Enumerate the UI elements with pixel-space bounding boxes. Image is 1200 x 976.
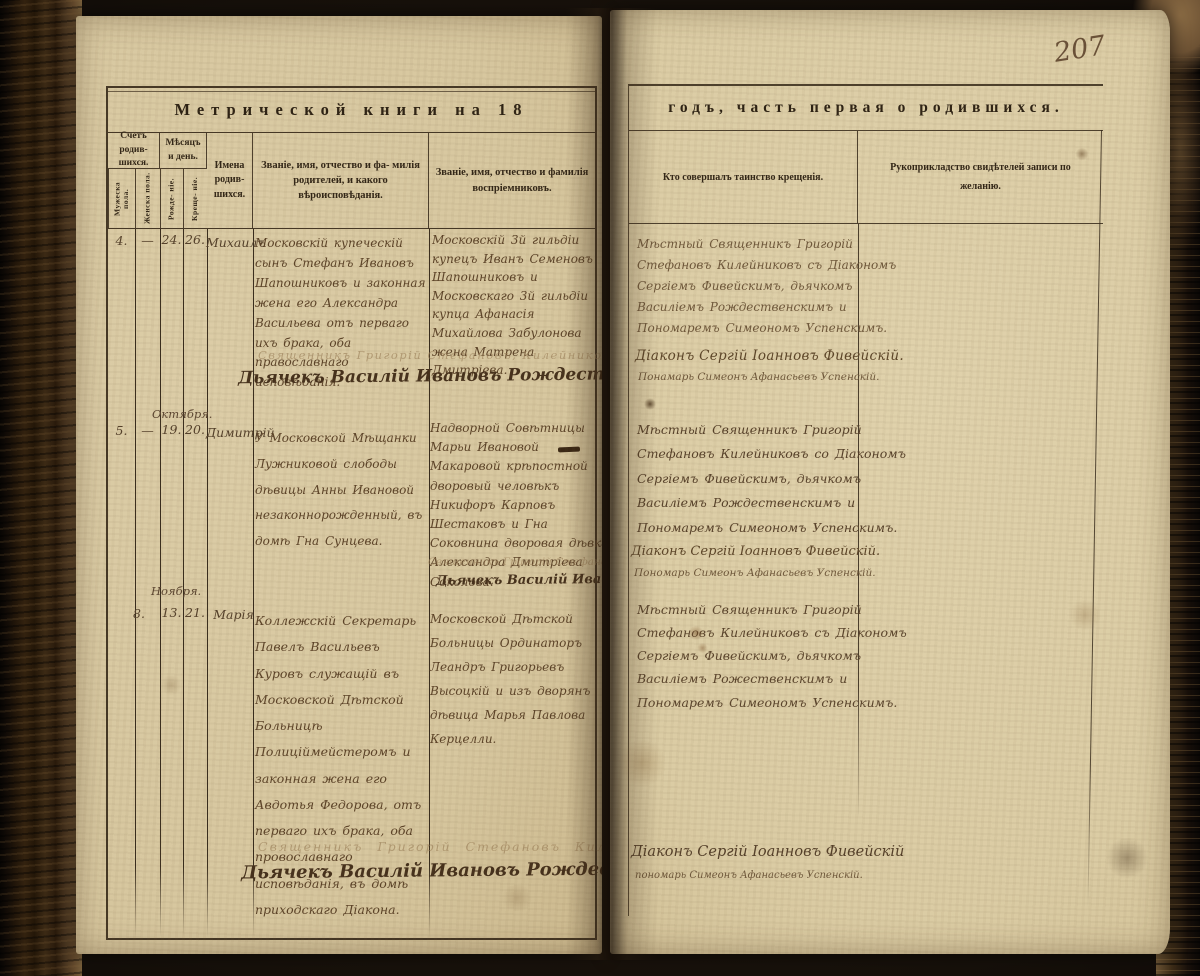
entry-godparents-text: Московской Дѣтской Больницы Ординаторъ Л…	[430, 607, 602, 751]
col-header-female: Женска пола.	[135, 169, 160, 228]
entry-baptism-day: 21.	[183, 605, 207, 620]
entry-child-name: Марія	[206, 607, 261, 622]
left-table-header: Счетъ родив- шихся. Мѣсяцъ и день. Мужес…	[108, 132, 595, 229]
clerk-signature: Дьячекъ Василій Ивановъ Рождественскій	[238, 364, 602, 389]
month-label: Октября.	[152, 407, 212, 421]
left-page-title: Метрической книги на 18	[108, 88, 595, 132]
col-header-male: Мужеска пола.	[108, 169, 135, 228]
priest-signature: Священникъ Григорій Стефановъ Килейников…	[258, 839, 602, 854]
entry-male-count: 5.	[108, 423, 135, 438]
col-header-names: Имена родив- шихся.	[207, 133, 253, 228]
table-rule-vertical	[135, 229, 136, 937]
priest-signature: Священникъ Григорій Стефановъ Килейников…	[428, 556, 602, 568]
right-table-header: Кто совершалъ таинство крещенія. Рукопри…	[629, 130, 1103, 224]
book-spine	[0, 0, 82, 976]
officiant-text: Мѣстный Священникъ Григорій Стефановъ Ки…	[637, 234, 919, 339]
entry-birth-day: 13.	[160, 605, 183, 620]
col-header-witnesses: Рукоприкладство свидѣтелей записи по жел…	[858, 131, 1103, 223]
left-page: Метрической книги на 18 Счетъ родив- ших…	[76, 16, 602, 954]
entry-male-count: 4.	[108, 233, 135, 248]
table-rule-vertical	[207, 229, 208, 937]
col-header-godparents: Званіе, имя, отчество и фамилія воспріем…	[429, 133, 595, 228]
deacon-signature: Діаконъ Сергій Іоанновъ Фивейскій	[631, 844, 904, 860]
sexton-signature: пономарь Симеонъ Афанасьевъ Успенскій.	[635, 870, 863, 881]
ink-blot	[558, 447, 580, 453]
deacon-signature: Діаконъ Сергій Іоанновъ Фивейскій.	[631, 544, 880, 559]
entry-baptism-day: 20.	[183, 422, 207, 437]
entry-baptism-day: 26.	[183, 232, 207, 247]
entry-female-count: 8.	[124, 606, 154, 621]
table-rule-vertical	[253, 229, 254, 937]
table-rule-vertical	[1087, 130, 1102, 910]
table-rule-vertical	[183, 229, 184, 937]
folio-page-number: 207	[1052, 30, 1108, 69]
entry-parents-text: У Московской Мѣщанки Лужниковой слободы …	[255, 426, 431, 555]
entry-female-count: —	[135, 233, 160, 248]
officiant-text: Мѣстный Священникъ Григорій Стефановъ Ки…	[637, 418, 933, 540]
col-header-baptism: Креще- ніе.	[183, 169, 207, 228]
entry-birth-day: 19.	[160, 422, 183, 437]
col-header-officiant: Кто совершалъ таинство крещенія.	[629, 131, 858, 223]
right-page-title: годъ, часть первая о родившихся.	[629, 86, 1103, 130]
deacon-signature: Діаконъ Сергій Іоанновъ Фивейскій.	[635, 348, 904, 364]
sexton-signature: Пономарь Симеонъ Афанасьевъ Успенскій.	[634, 567, 876, 579]
clerk-signature: Дьячекъ Василій Ивановъ Рождественскій	[436, 570, 602, 589]
officiant-text: Мѣстный Священникъ Григорій Стефановъ Ки…	[637, 598, 933, 714]
entry-female-count: —	[135, 423, 160, 438]
col-header-birth: Рожде- ніе.	[160, 169, 183, 228]
table-rule-vertical	[160, 229, 161, 937]
left-table: Метрической книги на 18 Счетъ родив- ших…	[106, 86, 597, 940]
col-header-count: Счетъ родив- шихся.	[108, 133, 160, 169]
right-table-body: Мѣстный Священникъ Григорій Стефановъ Ки…	[629, 224, 1103, 915]
left-table-body: 4. — 24. 26. Михаилъ Московскій купеческ…	[108, 229, 595, 937]
month-label: Ноября.	[151, 584, 201, 598]
clerk-signature: Дьячекъ Василій Ивановъ Рождественскій	[241, 858, 602, 884]
col-header-month-day: Мѣсяцъ и день.	[160, 133, 207, 169]
sexton-signature: Понамарь Симеонъ Афанасьевъ Успенскій.	[638, 371, 880, 383]
right-table: годъ, часть первая о родившихся. Кто сов…	[628, 84, 1103, 916]
col-header-parents: Званіе, имя, отчество и фа- милія родите…	[253, 133, 429, 228]
priest-signature: Священникъ Григорій Стефановъ, Килейнико…	[258, 348, 602, 362]
right-page: 207 годъ, часть первая о родившихся. Кто…	[610, 10, 1170, 954]
entry-birth-day: 24.	[160, 232, 183, 247]
